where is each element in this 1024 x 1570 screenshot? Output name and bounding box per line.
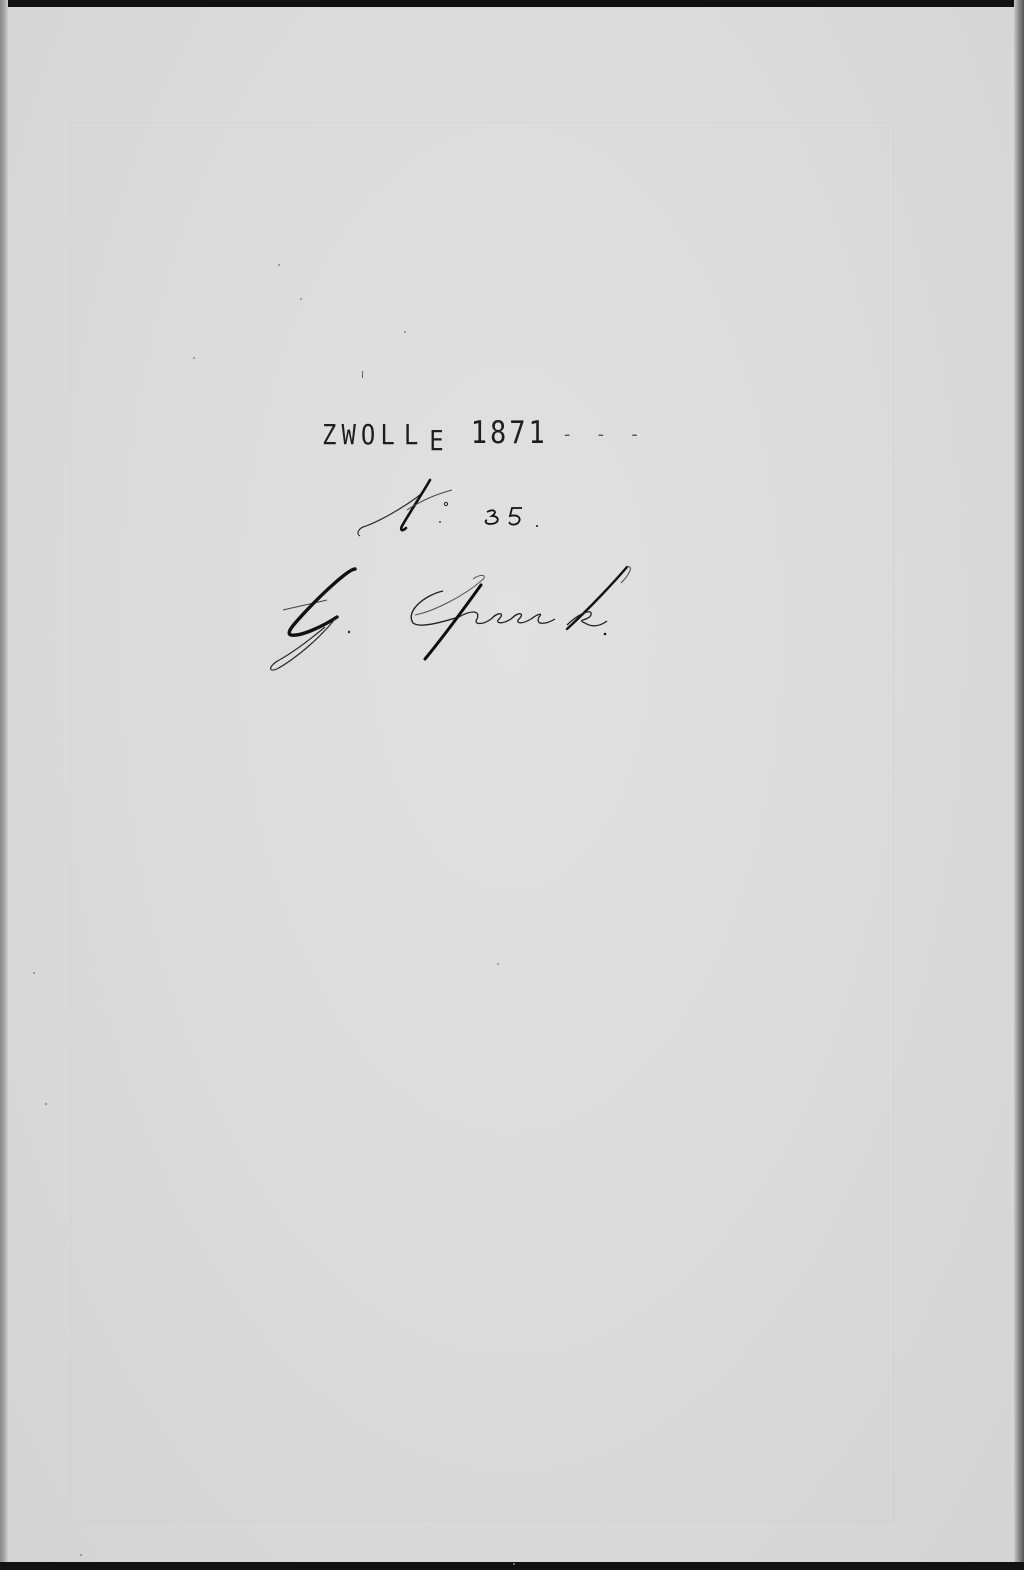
stamp-place: ZWOLLE — [322, 419, 449, 451]
handwritten-number-glyphs — [352, 470, 552, 540]
stamp-letter: E — [429, 425, 448, 457]
dust-speck — [33, 972, 35, 974]
stamp-year: 1871 — [471, 415, 548, 451]
stamp-letter: O — [361, 419, 380, 451]
faint-page-frame — [70, 122, 894, 1522]
dust-speck — [193, 357, 195, 359]
handwritten-record-number: N° 35. — [352, 470, 552, 540]
dust-speck — [404, 331, 406, 333]
dust-speck — [278, 264, 280, 266]
stamp-dashes: - - - — [562, 424, 646, 451]
paper-page — [8, 7, 1014, 1562]
scan-bottom-border — [0, 1562, 1024, 1570]
stamp-letter: L — [404, 419, 423, 451]
dust-speck — [300, 298, 302, 300]
dust-speck — [80, 1554, 82, 1556]
scanned-document: ZWOLLE 1871 - - - N° 35. — [0, 0, 1024, 1570]
scan-right-border — [1014, 0, 1024, 1570]
stamp-letter: L — [380, 419, 399, 451]
stamp-letter: W — [341, 419, 360, 451]
handwritten-signature: G. Speek — [255, 555, 645, 680]
dust-speck — [497, 963, 499, 965]
scan-top-border — [0, 0, 1024, 7]
dust-speck — [45, 1103, 47, 1105]
pencil-tick-mark — [362, 371, 363, 378]
scan-left-border — [0, 0, 8, 1570]
stamp-letter: Z — [322, 419, 341, 451]
dust-speck — [513, 1563, 515, 1565]
signature-glyphs — [255, 555, 645, 680]
place-date-stamp: ZWOLLE 1871 - - - — [322, 420, 646, 451]
